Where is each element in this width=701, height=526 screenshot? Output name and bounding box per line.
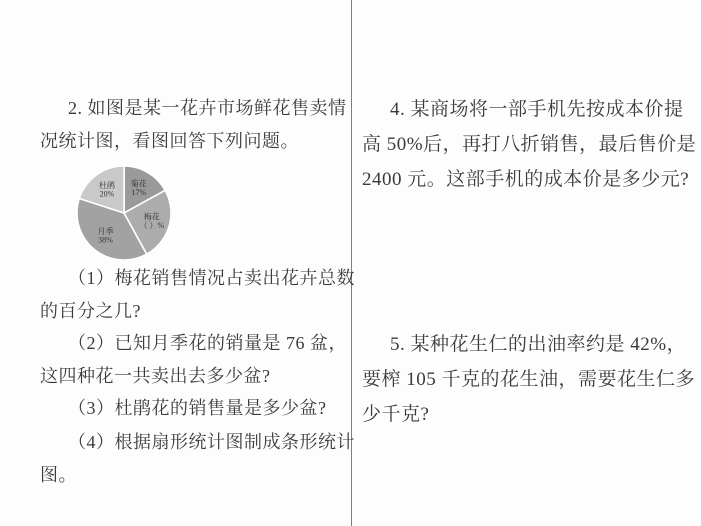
question-5-text-line: 少千克? [362,397,694,432]
sub-question-text-line: 的百分之几? [40,295,346,328]
sub-question-text-line: 这四种花一共卖出去多少盆? [40,360,346,393]
pie-slice-label-chinese-rose: 月季38% [98,226,114,245]
question-2-sub-2: （2）已知月季花的销量是 76 盆， 这四种花一共卖出去多少盆? [40,327,346,393]
pie-chart: 菊花17%梅花（ ）%月季38%杜鹃20% [73,162,175,264]
question-4-text-line: 高 50%后，再打八折销售，最后售价是 [362,127,694,162]
sub-question-text-line: （1）梅花销售情况占卖出花卉总数 [40,262,346,295]
question-2-sub-3: （3）杜鹃花的销售量是多少盆? [40,392,346,425]
question-5-text-line: 5. 某种花生仁的出油率约是 42%， [362,327,694,362]
sub-question-text-line: （4）根据扇形统计图制成条形统计 [40,426,346,459]
question-4: 4. 某商场将一部手机先按成本价提 高 50%后，再打八折销售，最后售价是 24… [362,92,694,197]
question-5-text-line: 要榨 105 千克的花生油，需要花生仁多 [362,362,694,397]
question-2-sub-4: （4）根据扇形统计图制成条形统计 图。 [40,426,346,492]
pie-slice-label-azalea: 杜鹃20% [99,180,115,199]
question-2-text-line: 2. 如图是某一花卉市场鲜花售卖情 [40,92,346,125]
question-2: 2. 如图是某一花卉市场鲜花售卖情 况统计图，看图回答下列问题。 [40,92,346,158]
question-2-text-line: 况统计图，看图回答下列问题。 [40,125,346,158]
sub-question-text-line: （2）已知月季花的销量是 76 盆， [40,327,346,360]
pie-slice-label-chrysanthemum: 菊花17% [131,179,147,198]
sub-question-text-line: 图。 [40,459,346,492]
sub-question-text-line: （3）杜鹃花的销售量是多少盆? [40,392,346,425]
question-2-sub-1: （1）梅花销售情况占卖出花卉总数 的百分之几? [40,262,346,328]
question-4-text-line: 2400 元。这部手机的成本价是多少元? [362,162,694,197]
worksheet-page: 2. 如图是某一花卉市场鲜花售卖情 况统计图，看图回答下列问题。 菊花17%梅花… [0,0,701,526]
question-4-text-line: 4. 某商场将一部手机先按成本价提 [362,92,694,127]
question-5: 5. 某种花生仁的出油率约是 42%， 要榨 105 千克的花生油，需要花生仁多… [362,327,694,432]
